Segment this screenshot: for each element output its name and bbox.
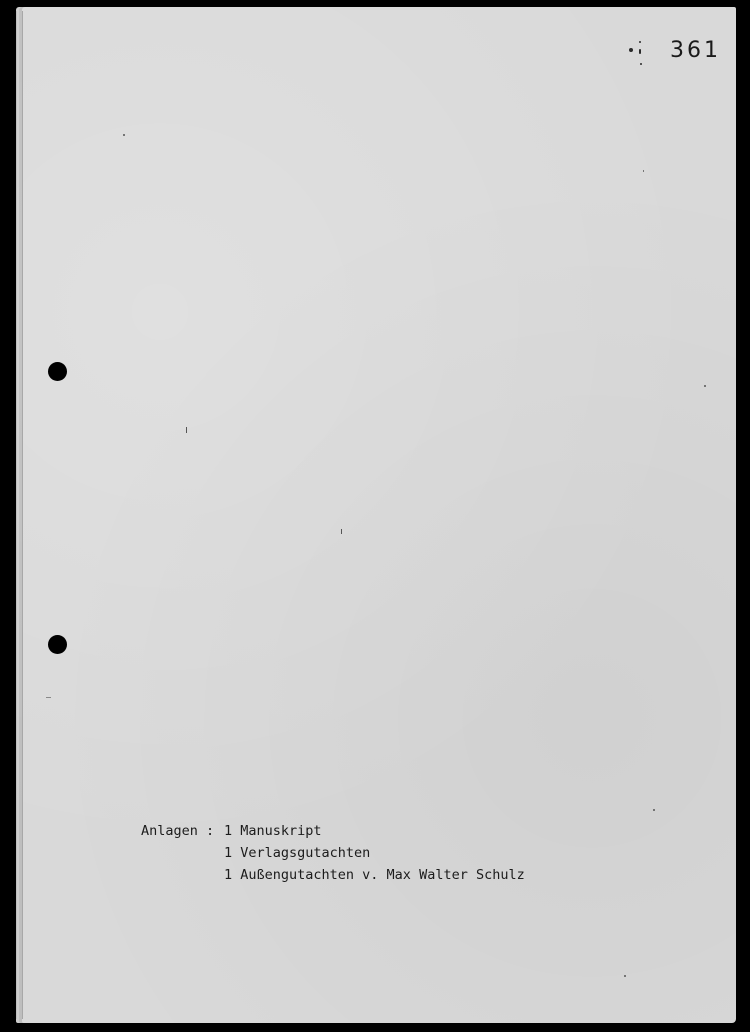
punch-hole-bottom (48, 635, 67, 654)
enclosure-item: 1 Außengutachten v. Max Walter Schulz (224, 864, 525, 886)
document-page: 361 Anlagen : 1 Manuskript 1 Verlagsguta… (16, 7, 736, 1023)
enclosures-list: Anlagen : 1 Manuskript 1 Verlagsgutachte… (141, 820, 525, 886)
ink-marks (629, 41, 659, 71)
enclosure-item: 1 Manuskript (224, 820, 525, 842)
enclosure-item: 1 Verlagsgutachten (224, 842, 525, 864)
enclosures-label: Anlagen : (141, 820, 224, 886)
page-edge (16, 11, 23, 1019)
page-number: 361 (670, 38, 721, 63)
punch-hole-top (48, 362, 67, 381)
